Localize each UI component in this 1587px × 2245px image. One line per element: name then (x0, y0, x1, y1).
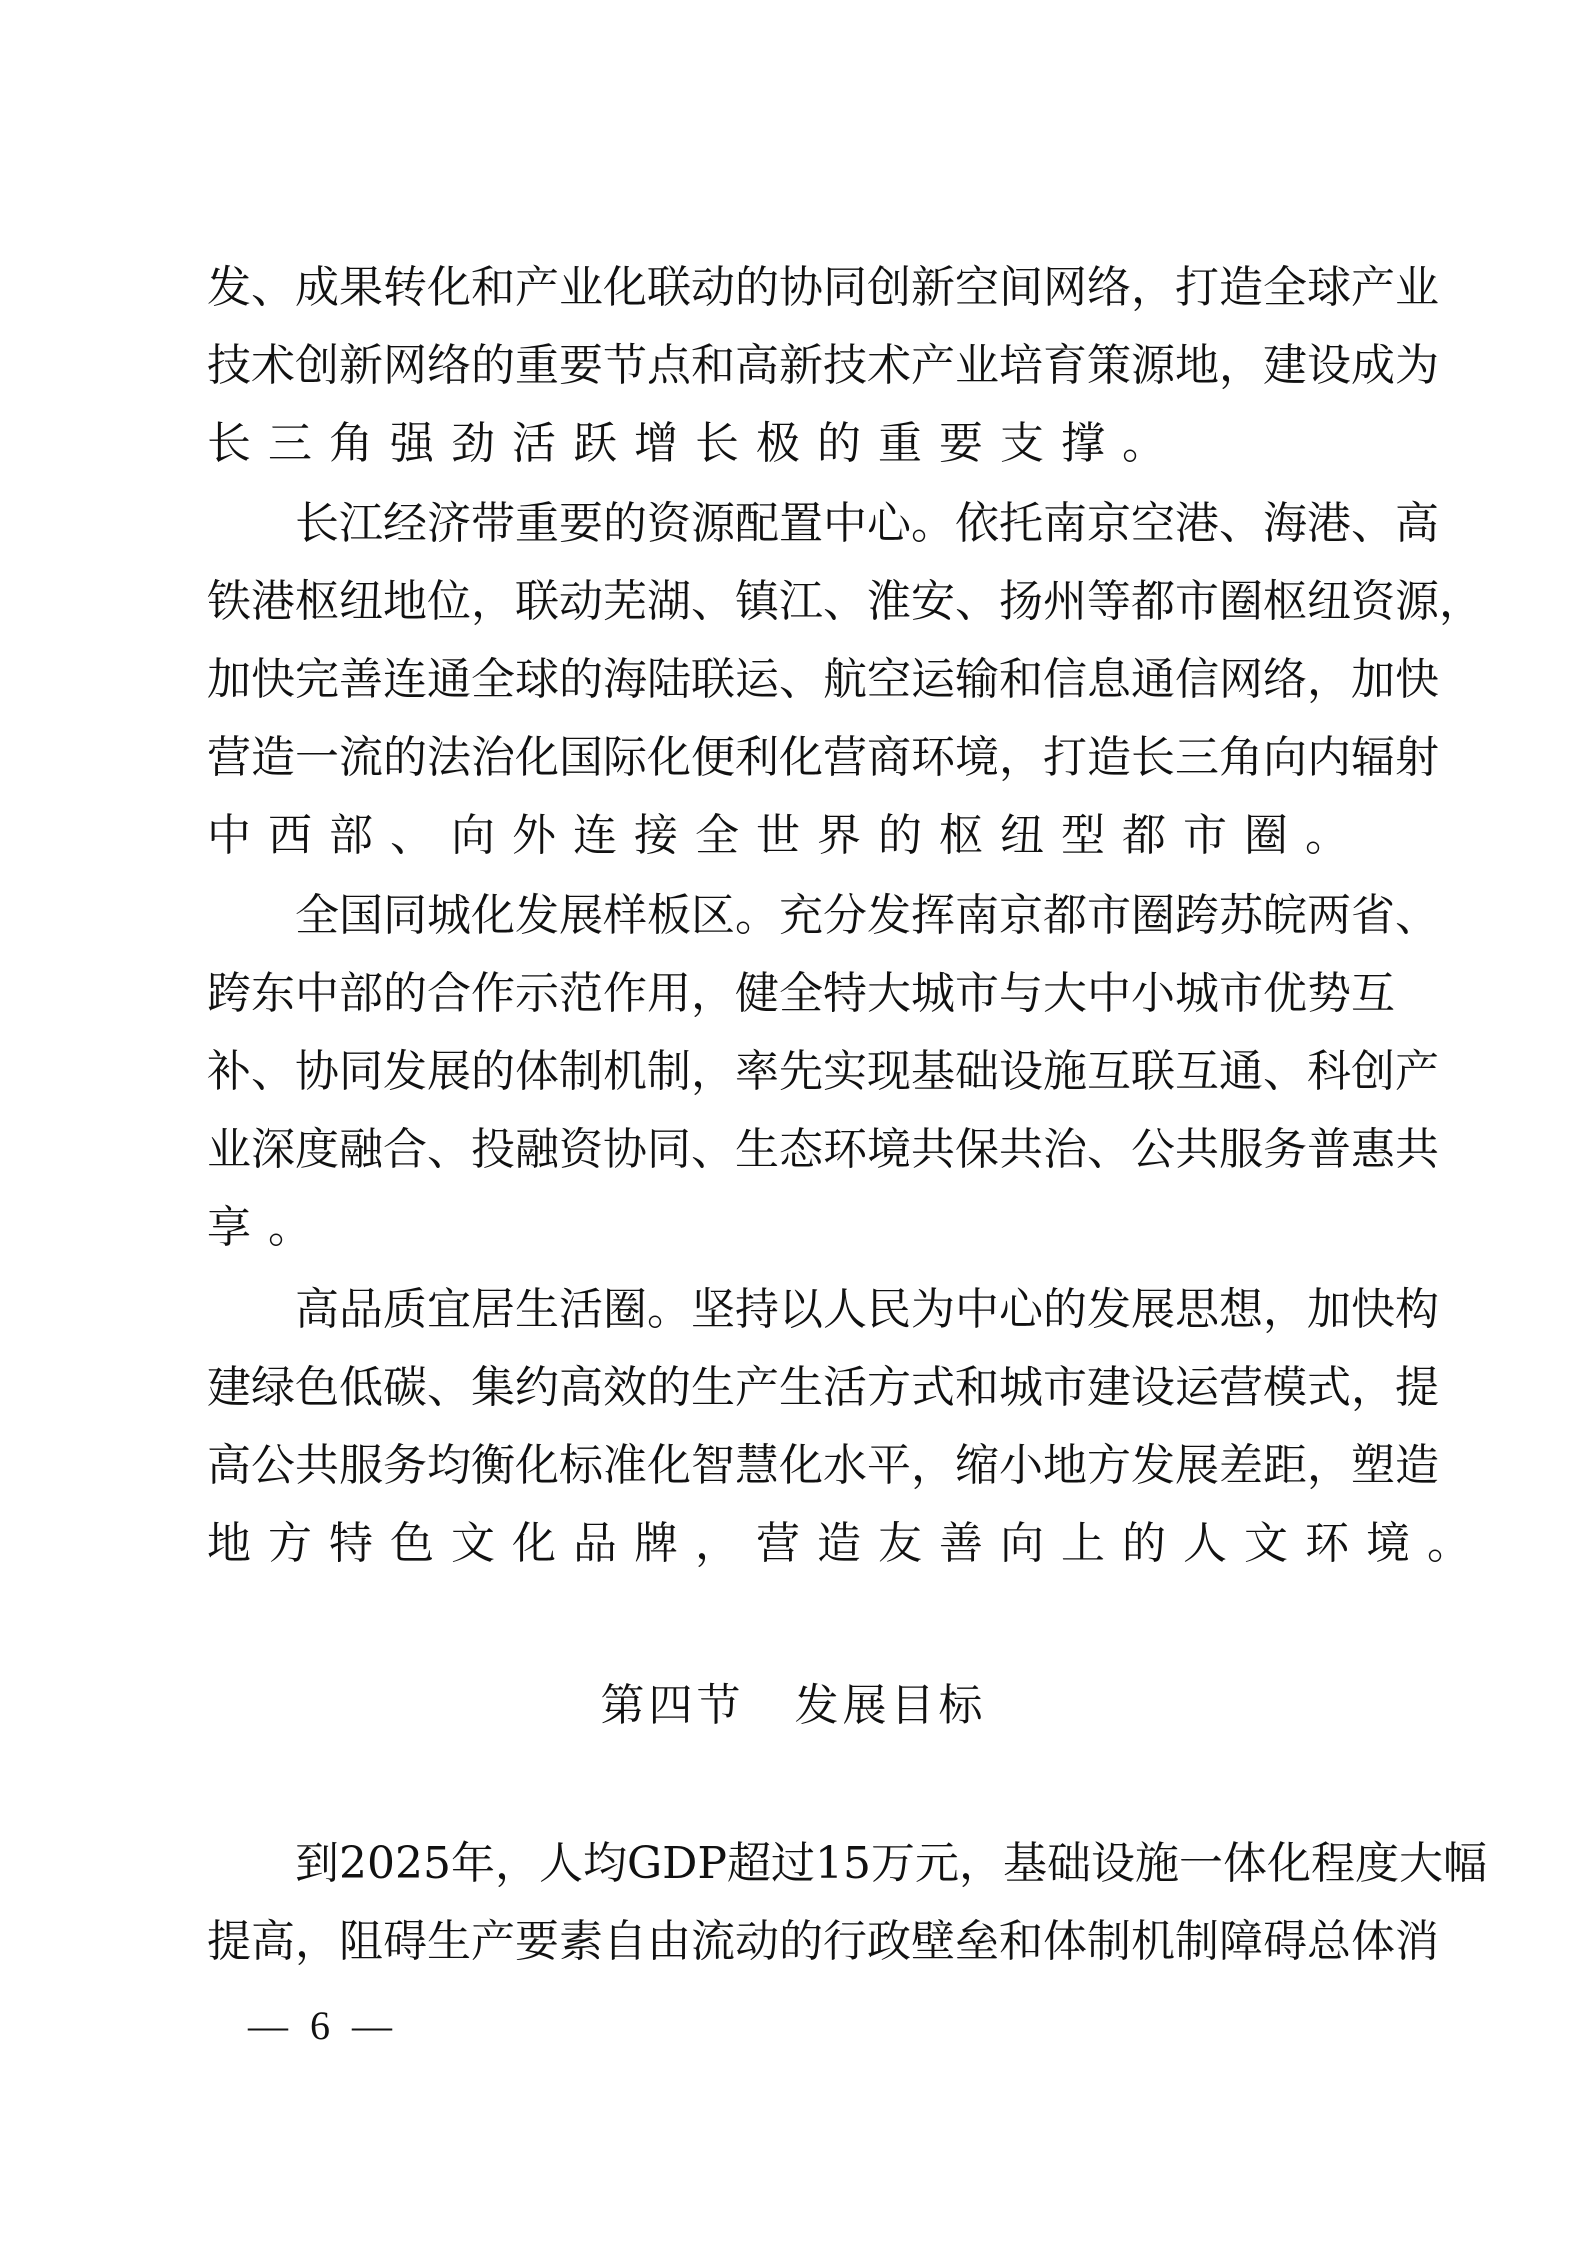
page-number: — 6 — (248, 1996, 398, 2056)
text-line: 补、协同发展的体制机制，率先实现基础设施互联互通、科创产 (207, 1042, 1382, 1102)
text-line: 高品质宜居生活圈。坚持以人民为中心的发展思想，加快构 (207, 1280, 1382, 1340)
text-line: 高公共服务均衡化标准化智慧化水平，缩小地方发展差距，塑造 (207, 1436, 1382, 1496)
text-line: 发、成果转化和产业化联动的协同创新空间网络，打造全球产业 (207, 258, 1382, 318)
text-line: 营造一流的法治化国际化便利化营商环境，打造长三角向内辐射 (207, 728, 1382, 788)
text-line: 加快完善连通全球的海陆联运、航空运输和信息通信网络，加快 (207, 650, 1382, 710)
section-heading: 第四节发展目标 (0, 1676, 1587, 1736)
text-line: 中西部、向外连接全世界的枢纽型都市圈。 (207, 806, 1382, 866)
text-line: 铁港枢纽地位，联动芜湖、镇江、淮安、扬州等都市圈枢纽资源， (207, 572, 1382, 632)
text-line: 技术创新网络的重要节点和高新技术产业培育策源地，建设成为 (207, 336, 1382, 396)
text-line: 业深度融合、投融资协同、生态环境共保共治、公共服务普惠共 (207, 1120, 1382, 1180)
section-title: 发展目标 (795, 1680, 987, 1731)
text-line: 地方特色文化品牌，营造友善向上的人文环境。 (207, 1514, 1382, 1574)
text-line: 到2025年，人均GDP超过15万元，基础设施一体化程度大幅 (207, 1834, 1382, 1894)
text-line: 提高，阻碍生产要素自由流动的行政壁垒和体制机制障碍总体消 (207, 1912, 1382, 1972)
text-line: 全国同城化发展样板区。充分发挥南京都市圈跨苏皖两省、 (207, 886, 1382, 946)
section-number: 第四节 (601, 1680, 745, 1731)
text-line: 跨东中部的合作示范作用，健全特大城市与大中小城市优势互 (207, 964, 1382, 1024)
text-line: 长江经济带重要的资源配置中心。依托南京空港、海港、高 (207, 494, 1382, 554)
text-line: 享。 (207, 1198, 1382, 1258)
text-line: 建绿色低碳、集约高效的生产生活方式和城市建设运营模式，提 (207, 1358, 1382, 1418)
document-page: 发、成果转化和产业化联动的协同创新空间网络，打造全球产业 技术创新网络的重要节点… (0, 0, 1587, 2245)
text-line: 长三角强劲活跃增长极的重要支撑。 (207, 414, 1382, 474)
